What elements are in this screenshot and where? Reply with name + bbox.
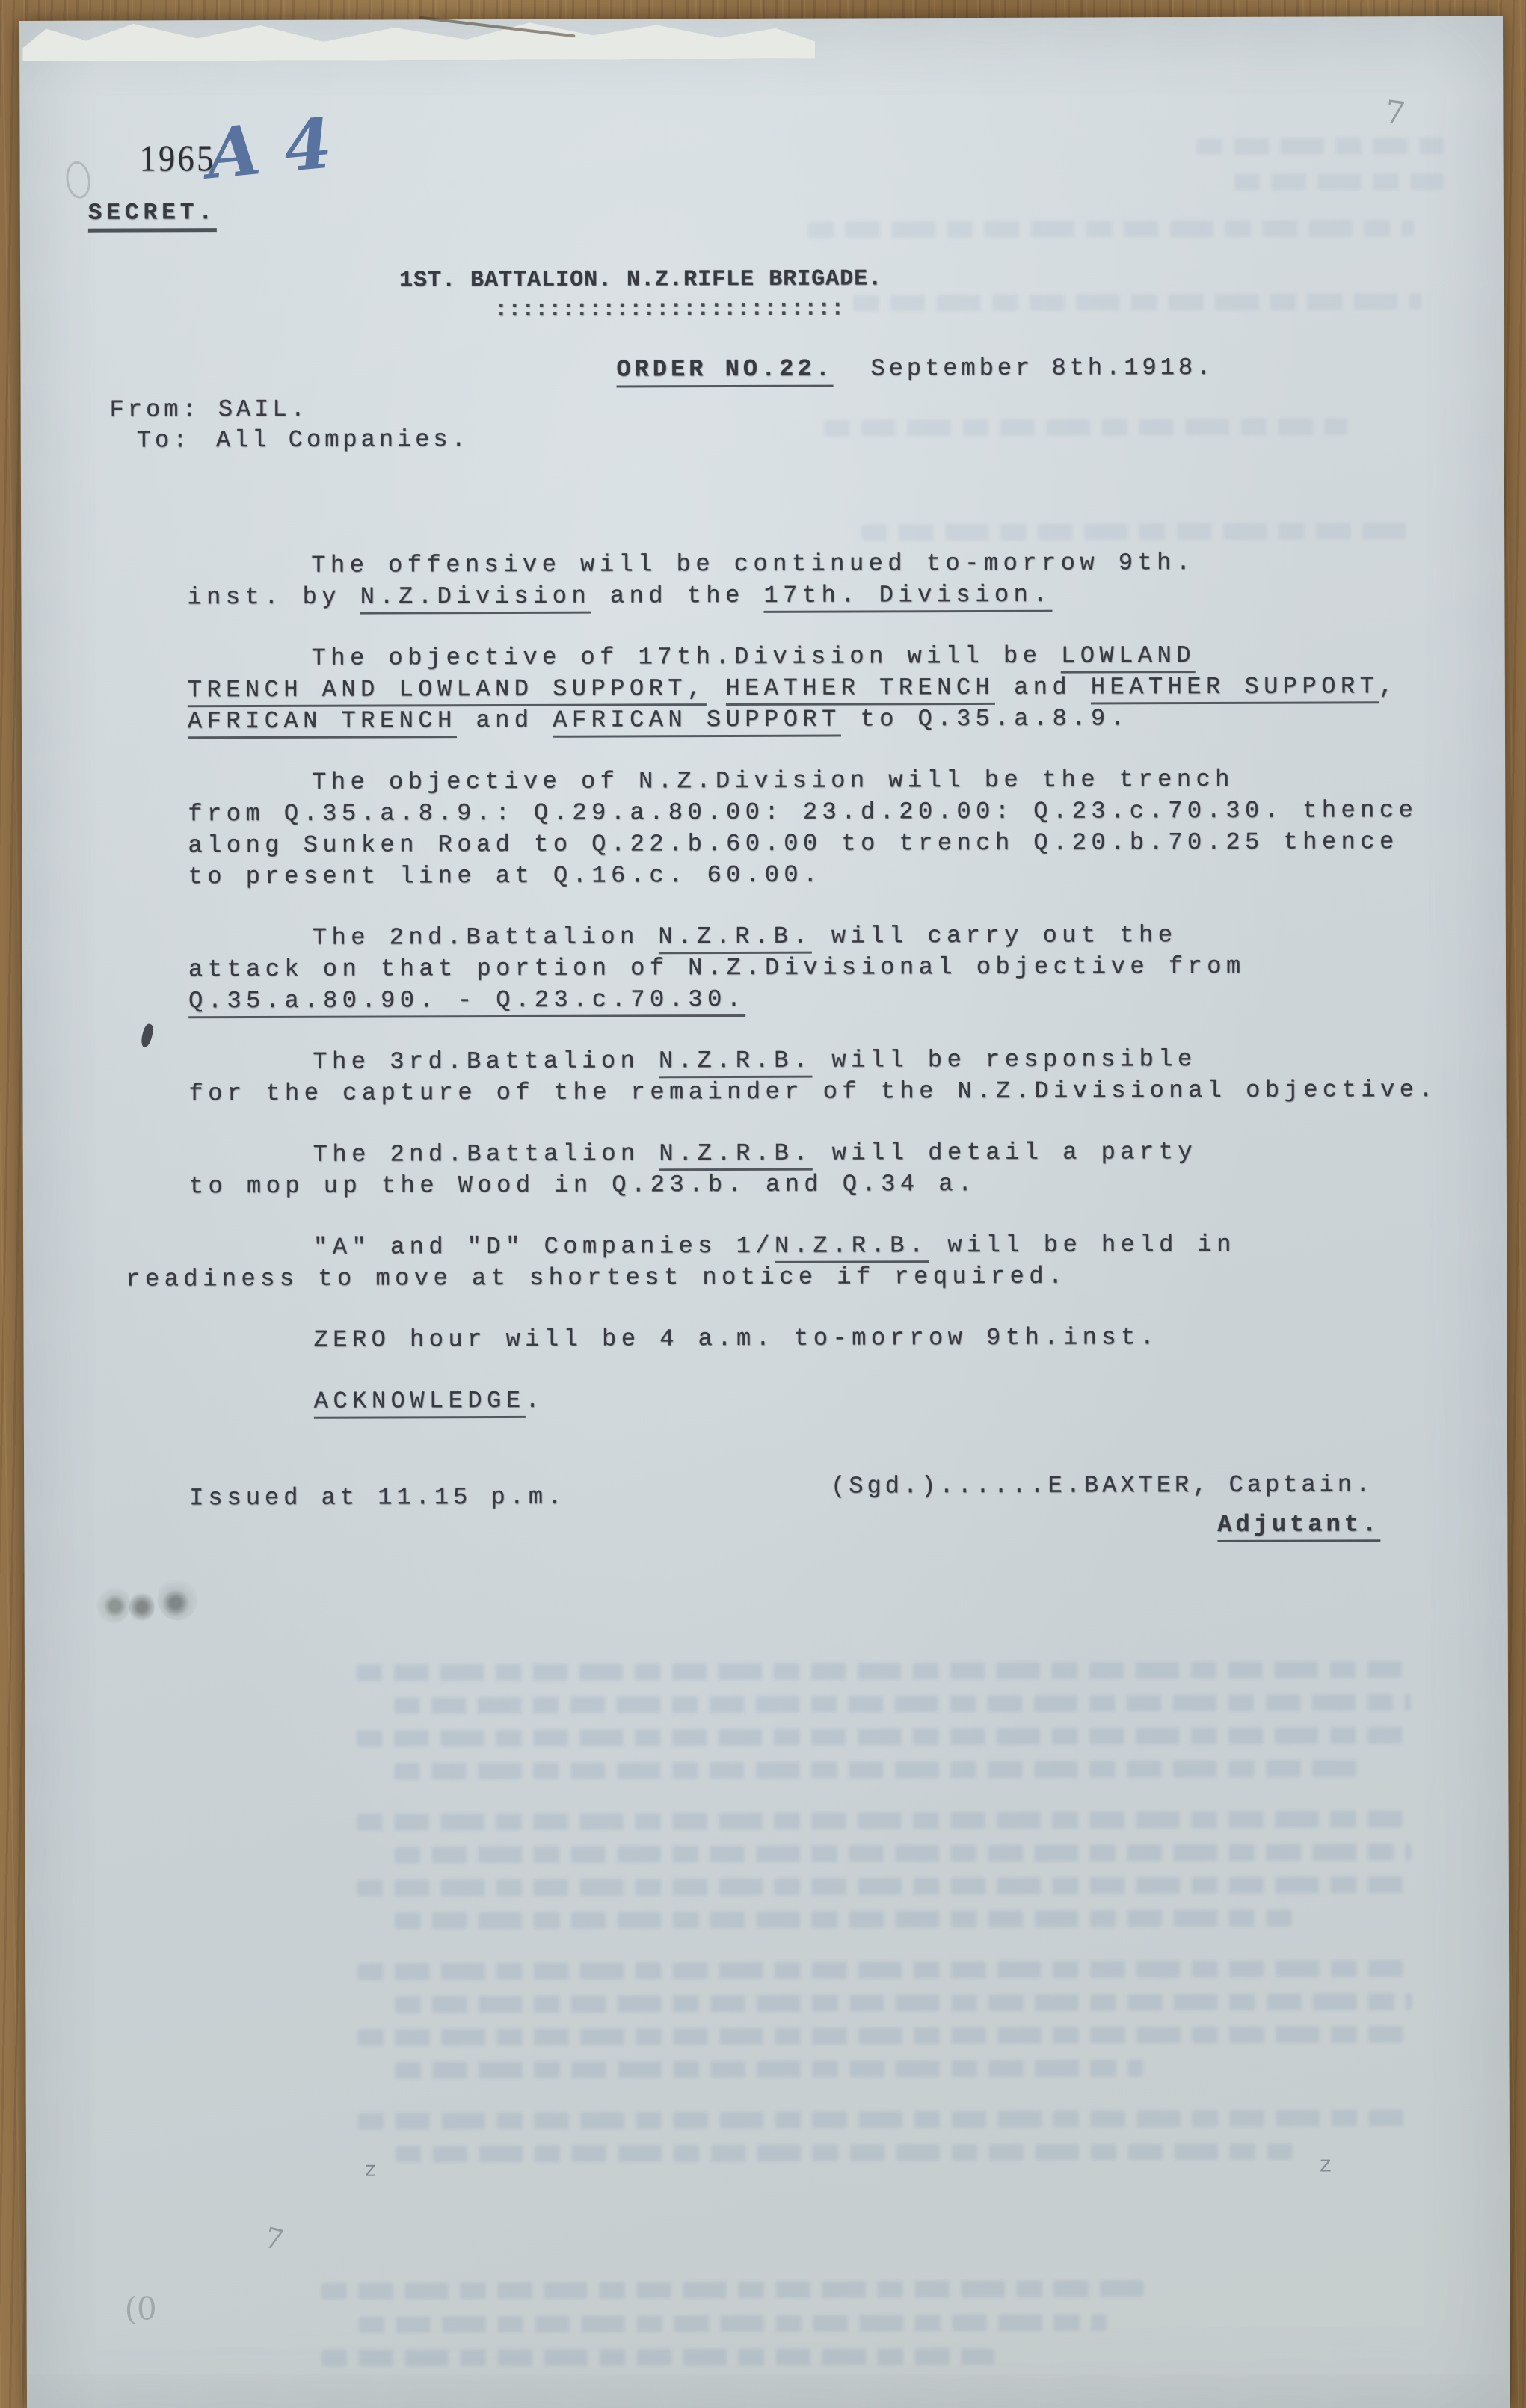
text-line: TRENCH AND LOWLAND SUPPORT, HEATHER TREN… <box>188 671 1451 706</box>
bleed-through-text <box>853 293 1421 311</box>
text-line: Q.35.a.80.90. - Q.23.c.70.30. <box>188 982 1452 1017</box>
bleed-through-text <box>396 2143 1293 2163</box>
text-line: The objective of 17th.Division will be L… <box>188 639 1451 674</box>
from-value: SAIL. <box>218 395 309 423</box>
pencil-mark-top-right: 7 <box>1382 93 1407 132</box>
text-segment: The 3rd.Battalion <box>313 1047 659 1075</box>
bleed-through-text <box>395 1844 1412 1863</box>
decorative-divider: :::::::::::::::::::::::::: <box>494 297 844 323</box>
text-line: attack on that portion of N.Z.Divisional… <box>188 950 1452 985</box>
underlined-text: ACKNOWLEDGE <box>314 1387 526 1419</box>
text-line: AFRICAN TRENCH and AFRICAN SUPPORT to Q.… <box>188 702 1451 737</box>
order-number: ORDER NO.22. <box>616 355 834 388</box>
year-stamp: 1965 <box>139 136 215 179</box>
text-segment: will be held in <box>929 1231 1236 1259</box>
pencil-mark-z-left: z <box>364 2160 377 2183</box>
para-offensive: The offensive will be continued to-morro… <box>187 546 1450 613</box>
bleed-through-text <box>824 418 1347 436</box>
order-date: September 8th.1918. <box>870 354 1214 382</box>
para-companies-readiness: "A" and "D" Companies 1/N.Z.R.B. will be… <box>189 1228 1453 1295</box>
signature-line: (Sgd.)......E.BAXTER, Captain. <box>831 1471 1373 1500</box>
handwritten-file-mark: A 4 <box>203 103 336 195</box>
text-segment: to present line at Q.16.c. 60.00. <box>188 861 822 891</box>
text-line: The objective of N.Z.Division will be th… <box>188 763 1451 798</box>
text-segment: ZERO hour will be 4 a.m. to-morrow 9th.i… <box>313 1323 1159 1354</box>
text-segment: The objective of N.Z.Division will be th… <box>312 766 1234 796</box>
bleed-through-text <box>394 1760 1366 1779</box>
pencil-mark-seven: 7 <box>261 2221 286 2258</box>
text-line: inst. by N.Z.Division and the 17th. Divi… <box>187 578 1450 613</box>
text-segment: will carry out the <box>812 921 1177 950</box>
underlined-text: HEATHER TRENCH <box>725 674 994 706</box>
underlined-text: 17th. Division. <box>763 581 1052 613</box>
ink-stain <box>158 1577 198 1620</box>
battalion-heading: 1ST. BATTALION. N.Z.RIFLE BRIGADE. <box>399 266 882 293</box>
bleed-through-text <box>321 2280 1144 2299</box>
text-line: to mop up the Wood in Q.23.b. and Q.34 a… <box>189 1167 1453 1202</box>
text-segment: to mop up the Wood in Q.23.b. and Q.34 a… <box>189 1170 977 1200</box>
text-segment: from Q.35.a.8.9.: Q.29.a.80.00: 23.d.20.… <box>188 796 1418 828</box>
bleed-through-text <box>1197 138 1444 155</box>
text-segment: The 2nd.Battalion <box>313 923 659 951</box>
underlined-text: AFRICAN SUPPORT <box>553 706 841 738</box>
para-2nd-battalion-attack: The 2nd.Battalion N.Z.R.B. will carry ou… <box>188 919 1452 1017</box>
underlined-text: Q.35.a.80.90. - Q.23.c.70.30. <box>188 985 746 1018</box>
bleed-through-text <box>359 2314 1107 2332</box>
text-segment: The offensive will be continued to-morro… <box>311 549 1195 579</box>
to-label: To: <box>137 425 198 455</box>
issued-time: Issued at 11.15 p.m. <box>189 1483 566 1512</box>
underlined-text: N.Z.R.B. <box>775 1231 929 1263</box>
from-row: From: SAIL. <box>110 393 470 425</box>
text-segment: The objective of 17th.Division will be <box>312 642 1062 672</box>
text-segment: The 2nd.Battalion <box>313 1139 659 1168</box>
underlined-text: N.Z.R.B. <box>659 1047 813 1079</box>
text-segment: attack on that portion of N.Z.Divisional… <box>188 952 1246 983</box>
bleed-through-text <box>808 220 1414 238</box>
ink-stain <box>96 1585 131 1624</box>
bleed-through-text <box>358 2110 1412 2129</box>
bleed-through-text <box>395 1993 1412 2013</box>
underlined-text: N.Z.R.B. <box>659 1139 813 1171</box>
para-3rd-battalion: The 3rd.Battalion N.Z.R.B. will be respo… <box>188 1043 1452 1109</box>
para-17th-objective: The objective of 17th.Division will be L… <box>188 639 1451 737</box>
text-segment: will be responsible <box>813 1045 1197 1074</box>
bleed-through-text <box>1234 173 1444 191</box>
bleed-through-text <box>861 523 1407 541</box>
underlined-text: LOWLAND <box>1061 641 1196 674</box>
bleed-through-text <box>357 1876 1412 1896</box>
underlined-text: AFRICAN TRENCH <box>188 706 457 739</box>
text-line: "A" and "D" Companies 1/N.Z.R.B. will be… <box>189 1228 1453 1263</box>
bleed-through-text <box>396 2060 1143 2078</box>
order-title-row: ORDER NO.22. September 8th.1918. <box>20 353 1504 357</box>
bleed-through-text <box>357 1811 1412 1830</box>
bleed-through-text <box>357 1960 1412 1980</box>
text-segment: . <box>525 1387 544 1414</box>
underlined-text: HEATHER SUPPORT <box>1091 672 1379 704</box>
underlined-text: N.Z.Division <box>360 582 591 615</box>
text-segment: will detail a party <box>813 1138 1197 1167</box>
from-to-block: From: SAIL. To: All Companies. <box>110 393 470 456</box>
text-segment: and <box>457 706 553 734</box>
pencil-mark-z-right: z <box>1319 2153 1332 2178</box>
to-value: All Companies. <box>216 425 470 454</box>
text-segment <box>707 674 726 702</box>
para-zero-hour: ZERO hour will be 4 a.m. to-morrow 9th.i… <box>189 1321 1453 1356</box>
bleed-through-text <box>321 2348 994 2367</box>
text-line: The 3rd.Battalion N.Z.R.B. will be respo… <box>188 1043 1452 1078</box>
bleed-through-text <box>394 1694 1411 1713</box>
text-segment: to Q.35.a.8.9. <box>841 704 1130 733</box>
bleed-through-text <box>357 1727 1411 1746</box>
text-segment: along Sunken Road to Q.22.b.60.00 to tre… <box>188 828 1398 859</box>
to-row: To: All Companies. <box>110 424 470 456</box>
para-acknowledge: ACKNOWLEDGE. <box>190 1382 1453 1417</box>
from-label: From: <box>110 394 200 425</box>
text-line: ACKNOWLEDGE. <box>190 1382 1453 1417</box>
text-line: from Q.35.a.8.9.: Q.29.a.80.00: 23.d.20.… <box>188 795 1451 830</box>
document-page: 1965 A 4 7 SECRET. 1ST. BATTALION. N.Z.R… <box>19 16 1510 2408</box>
text-line: along Sunken Road to Q.22.b.60.00 to tre… <box>188 826 1451 861</box>
para-nz-objective: The objective of N.Z.Division will be th… <box>188 763 1452 893</box>
text-segment: and <box>994 674 1091 701</box>
text-line: The 2nd.Battalion N.Z.R.B. will detail a… <box>189 1136 1453 1171</box>
underlined-text: TRENCH AND LOWLAND SUPPORT, <box>188 674 707 707</box>
signature-title: Adjutant. <box>1217 1510 1380 1542</box>
pencil-circle-mark <box>64 160 93 200</box>
text-line: readiness to move at shortest notice if … <box>126 1260 1453 1296</box>
underlined-text: N.Z.R.B. <box>658 923 812 955</box>
text-line: The 2nd.Battalion N.Z.R.B. will carry ou… <box>188 919 1452 954</box>
bleed-through-text <box>357 1661 1411 1681</box>
text-segment: for the capture of the remainder of the … <box>188 1076 1438 1107</box>
text-segment: , <box>1379 672 1398 700</box>
pencil-mark-bottom-left: (0 <box>125 2290 157 2327</box>
text-line: ZERO hour will be 4 a.m. to-morrow 9th.i… <box>189 1321 1453 1356</box>
classification-label: SECRET. <box>88 200 217 233</box>
text-line: for the capture of the remainder of the … <box>188 1074 1452 1109</box>
ink-stain <box>129 1590 155 1623</box>
text-line: The offensive will be continued to-morro… <box>187 546 1450 582</box>
text-segment: "A" and "D" Companies 1/ <box>313 1232 775 1261</box>
bleed-through-text <box>395 1910 1292 1930</box>
para-mop-up: The 2nd.Battalion N.Z.R.B. will detail a… <box>189 1136 1453 1202</box>
text-segment: inst. by <box>187 583 360 612</box>
text-segment: and the <box>591 582 763 610</box>
order-body: The offensive will be continued to-morro… <box>187 546 1453 1447</box>
text-line: to present line at Q.16.c. 60.00. <box>188 857 1452 893</box>
ink-drop-mark <box>140 1023 155 1048</box>
bleed-through-text <box>357 2026 1412 2045</box>
text-segment: readiness to move at shortest notice if … <box>126 1263 1068 1293</box>
photograph-of-document: { "stamps": { "year": "1965", "file_mark… <box>0 0 1526 2408</box>
